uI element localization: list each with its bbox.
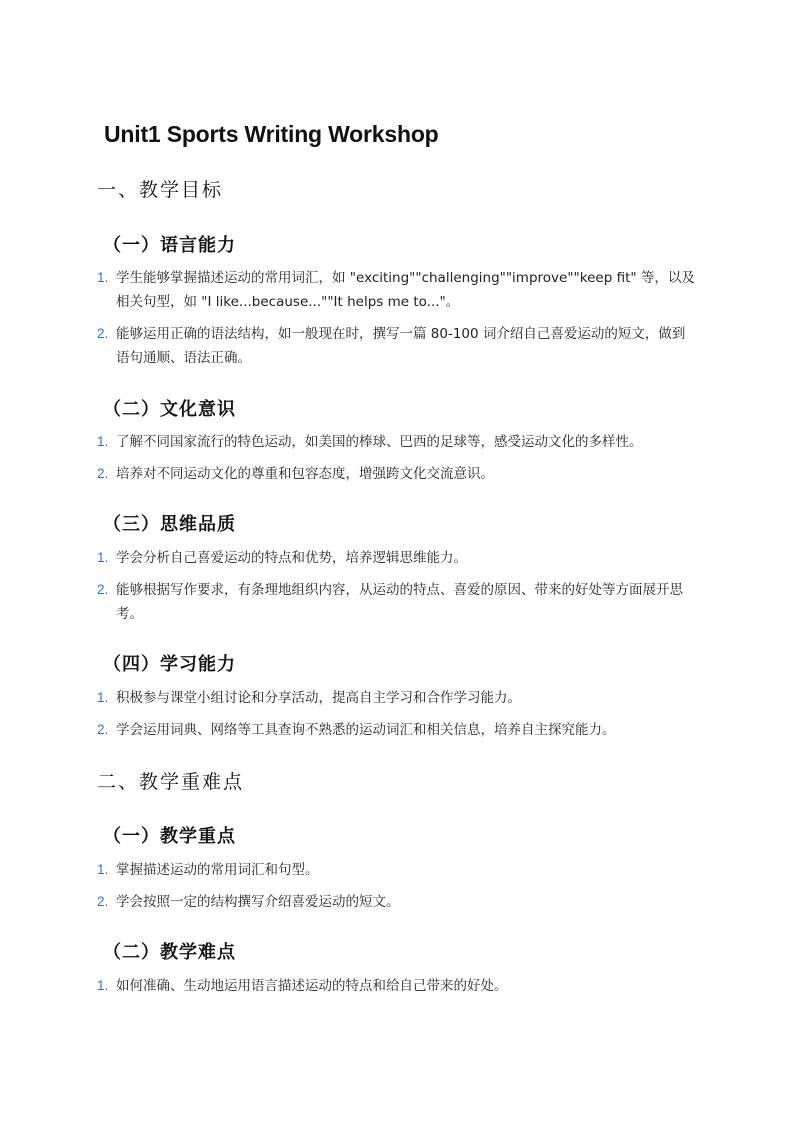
list-item-text: 学会运用词典、网络等工具查询不熟悉的运动词汇和相关信息，培养自主探究能力。 — [116, 718, 697, 742]
list-item-text: 学会按照一定的结构撰写介绍喜爱运动的短文。 — [116, 890, 697, 914]
list-number: 1. — [97, 546, 108, 570]
list-item: 1. 掌握描述运动的常用词汇和句型。 — [97, 858, 697, 882]
list-item-text: 了解不同国家流行的特色运动，如美国的棒球、巴西的足球等，感受运动文化的多样性。 — [116, 430, 697, 454]
list-number: 1. — [97, 430, 108, 454]
list-item: 2. 能够根据写作要求，有条理地组织内容，从运动的特点、喜爱的原因、带来的好处等… — [97, 578, 697, 626]
list-item-text: 培养对不同运动文化的尊重和包容态度，增强跨文化交流意识。 — [116, 462, 697, 486]
list-item-text: 学生能够掌握描述运动的常用词汇，如 "exciting""challenging… — [116, 266, 697, 314]
list-number: 1. — [97, 266, 108, 290]
list-number: 2. — [97, 890, 108, 914]
list-item-text: 如何准确、生动地运用语言描述运动的特点和给自己带来的好处。 — [116, 974, 697, 998]
list-item-text: 积极参与课堂小组讨论和分享活动，提高自主学习和合作学习能力。 — [116, 686, 697, 710]
section-heading-key-difficult-points: 二、教学重难点 — [97, 767, 244, 794]
list-number: 2. — [97, 322, 108, 346]
list-item-text: 掌握描述运动的常用词汇和句型。 — [116, 858, 697, 882]
document-page: Unit1 Sports Writing Workshop 一、教学目标 （一）… — [0, 0, 794, 1123]
list-item: 2. 能够运用正确的语法结构，如一般现在时，撰写一篇 80-100 词介绍自己喜… — [97, 322, 697, 370]
subsection-heading-language-ability: （一）语言能力 — [103, 231, 236, 257]
list-item: 2. 学会按照一定的结构撰写介绍喜爱运动的短文。 — [97, 890, 697, 914]
list-item: 1. 学生能够掌握描述运动的常用词汇，如 "exciting""challeng… — [97, 266, 697, 314]
list-item: 2. 培养对不同运动文化的尊重和包容态度，增强跨文化交流意识。 — [97, 462, 697, 486]
list-item-text: 能够运用正确的语法结构，如一般现在时，撰写一篇 80-100 词介绍自己喜爱运动… — [116, 322, 697, 370]
list-item-text: 学会分析自己喜爱运动的特点和优势，培养逻辑思维能力。 — [116, 546, 697, 570]
section-heading-teaching-objectives: 一、教学目标 — [97, 175, 223, 202]
list-item-text: 能够根据写作要求，有条理地组织内容，从运动的特点、喜爱的原因、带来的好处等方面展… — [116, 578, 697, 626]
list-number: 1. — [97, 974, 108, 998]
subsection-heading-thinking-quality: （三）思维品质 — [103, 510, 236, 536]
list-number: 1. — [97, 858, 108, 882]
list-number: 2. — [97, 718, 108, 742]
subsection-heading-learning-ability: （四）学习能力 — [103, 650, 236, 676]
subsection-heading-key-points: （一）教学重点 — [103, 822, 236, 848]
list-number: 1. — [97, 686, 108, 710]
list-item: 1. 积极参与课堂小组讨论和分享活动，提高自主学习和合作学习能力。 — [97, 686, 697, 710]
list-item: 1. 学会分析自己喜爱运动的特点和优势，培养逻辑思维能力。 — [97, 546, 697, 570]
list-number: 2. — [97, 578, 108, 602]
list-item: 1. 如何准确、生动地运用语言描述运动的特点和给自己带来的好处。 — [97, 974, 697, 998]
subsection-heading-difficult-points: （二）教学难点 — [103, 938, 236, 964]
list-number: 2. — [97, 462, 108, 486]
subsection-heading-cultural-awareness: （二）文化意识 — [103, 395, 236, 421]
list-item: 2. 学会运用词典、网络等工具查询不熟悉的运动词汇和相关信息，培养自主探究能力。 — [97, 718, 697, 742]
list-item: 1. 了解不同国家流行的特色运动，如美国的棒球、巴西的足球等，感受运动文化的多样… — [97, 430, 697, 454]
document-title: Unit1 Sports Writing Workshop — [104, 121, 439, 148]
